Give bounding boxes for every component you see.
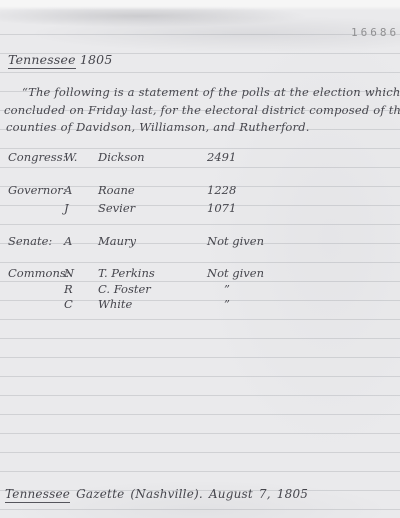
page-title-underlined: Tennessee xyxy=(8,52,76,69)
archive-stamp-number: 16686 xyxy=(351,26,399,39)
result-row-commons-foster: R C. Foster ” xyxy=(0,282,400,298)
office-label: Senate: xyxy=(8,234,52,248)
paragraph-line-2: concluded on Friday last, for the electo… xyxy=(4,103,400,117)
page-title-year: 1805 xyxy=(76,52,113,67)
candidate-name: T. Perkins xyxy=(98,266,155,280)
result-row-congress: Congress: W. Dickson 2491 xyxy=(0,150,400,166)
ditto-mark: ” xyxy=(224,282,230,296)
office-label: Congress: xyxy=(8,150,66,164)
result-row-senate: Senate: A Maury Not given xyxy=(0,234,400,250)
candidate-initial: R xyxy=(64,282,73,296)
vote-count: 2491 xyxy=(207,150,236,164)
candidate-initial: N xyxy=(64,266,74,280)
ditto-mark: ” xyxy=(224,297,230,311)
candidate-name: White xyxy=(98,297,132,311)
candidate-name: C. Foster xyxy=(98,282,151,296)
citation-rest: Gazette (Nashville). August 7, 1805 xyxy=(70,487,308,501)
result-row-commons-white: C White ” xyxy=(0,297,400,313)
scanned-document-page: 16686 Tennessee 1805 “The following is a… xyxy=(0,0,400,518)
page-title: Tennessee 1805 xyxy=(8,52,112,67)
vote-count: 1071 xyxy=(207,201,236,215)
candidate-initial: J xyxy=(64,201,69,215)
paper-texture xyxy=(0,0,400,518)
candidate-initial: A xyxy=(64,183,72,197)
office-label: Commons: xyxy=(8,266,70,280)
source-citation: Tennessee Gazette (Nashville). August 7,… xyxy=(5,487,308,501)
candidate-initial: A xyxy=(64,234,72,248)
vote-count: Not given xyxy=(207,266,264,280)
candidate-initial: C xyxy=(64,297,73,311)
office-label: Governor: xyxy=(8,183,67,197)
candidate-name: Roane xyxy=(98,183,135,197)
candidate-name: Sevier xyxy=(98,201,135,215)
vote-count: 1228 xyxy=(207,183,236,197)
citation-source-underlined: Tennessee xyxy=(5,487,70,503)
candidate-name: Dickson xyxy=(98,150,145,164)
paragraph-line-1: “The following is a statement of the pol… xyxy=(22,85,400,99)
vote-count: Not given xyxy=(207,234,264,248)
result-row-governor-roane: Governor: A Roane 1228 xyxy=(0,183,400,199)
result-row-commons-perkins: Commons: N T. Perkins Not given xyxy=(0,266,400,282)
result-row-governor-sevier: J Sevier 1071 xyxy=(0,201,400,217)
candidate-initial: W. xyxy=(64,150,77,164)
paragraph-line-3: counties of Davidson, Williamson, and Ru… xyxy=(6,120,310,134)
candidate-name: Maury xyxy=(98,234,136,248)
